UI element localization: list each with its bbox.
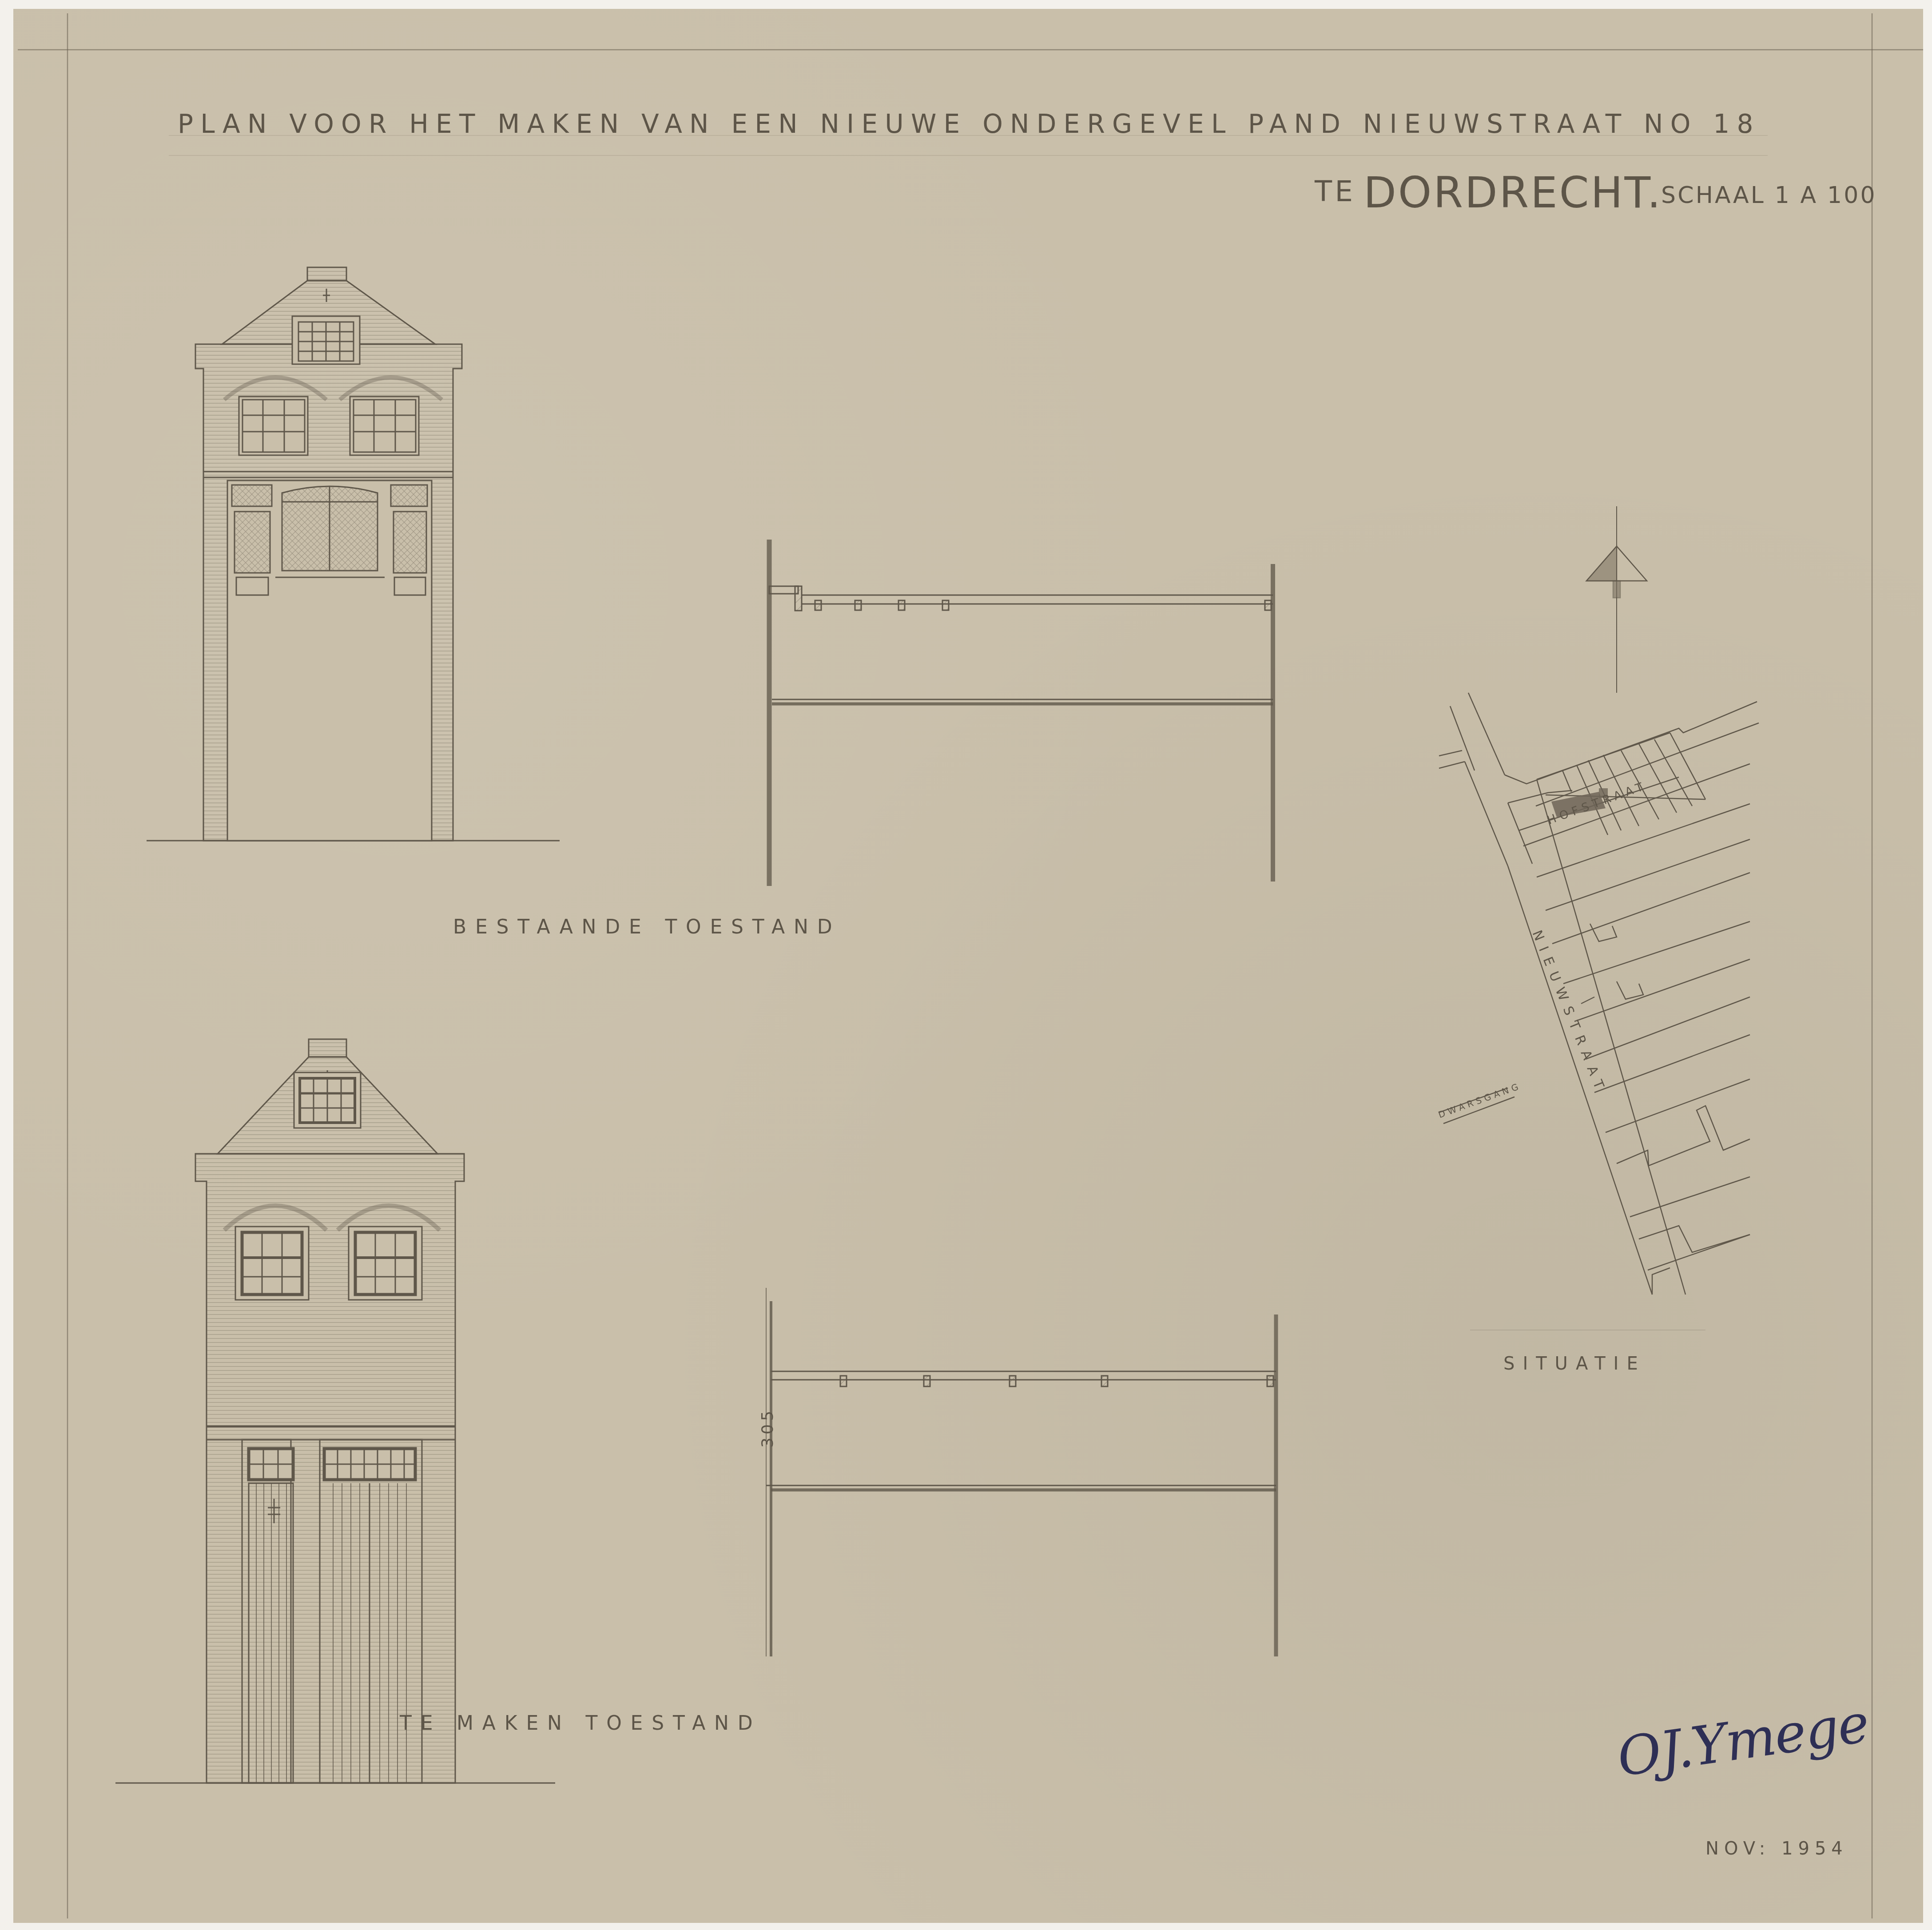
caption-proposed: TE MAKEN TOESTAND xyxy=(400,1712,761,1735)
existing-elevation xyxy=(147,267,560,841)
city-name: DORDRECHT. xyxy=(1364,168,1662,218)
site-plan xyxy=(1439,506,1759,1330)
proposed-plan xyxy=(766,1288,1276,1656)
drawing-linework xyxy=(0,0,1932,1930)
scale-label: SCHAAL 1 A 100 xyxy=(1661,182,1877,209)
drawing-title: PLAN VOOR HET MAKEN VAN EEN NIEUWE ONDER… xyxy=(178,109,1761,139)
existing-plan xyxy=(769,540,1273,886)
caption-site: SITUATIE xyxy=(1503,1354,1646,1374)
north-arrow-icon xyxy=(1586,506,1647,693)
dimension-label: 305 xyxy=(759,1408,777,1448)
date-label: NOV: 1954 xyxy=(1705,1839,1848,1859)
proposed-elevation xyxy=(115,1039,555,1783)
caption-existing: BESTAANDE TOESTAND xyxy=(453,916,841,938)
city-prefix: TE xyxy=(1315,175,1356,208)
